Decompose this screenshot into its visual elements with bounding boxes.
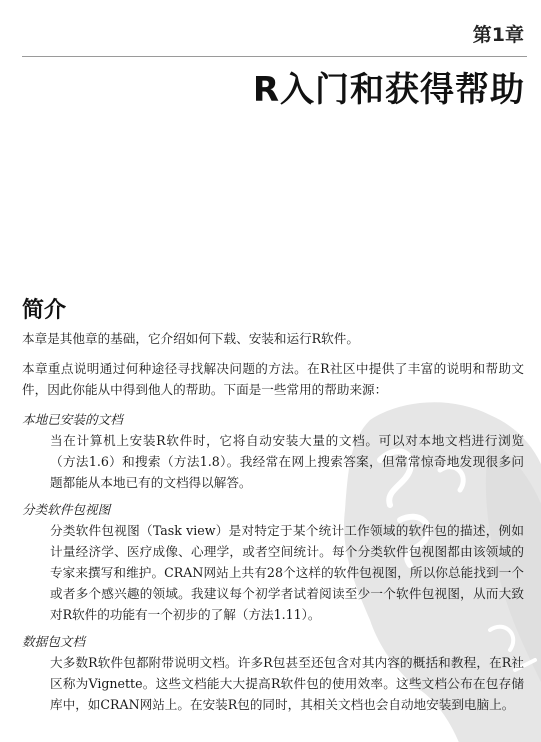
- resource-term: 本地已安装的文档: [22, 409, 524, 430]
- chapter-title: R入门和获得帮助: [253, 62, 525, 111]
- section-heading: 简介: [22, 293, 66, 324]
- header-divider: [22, 56, 527, 57]
- chapter-number: 第1章: [473, 20, 524, 47]
- intro-paragraph: 本章重点说明通过何种途径寻找解决问题的方法。在R社区中提供了丰富的说明和帮助文件…: [22, 358, 524, 400]
- resource-definition: 分类软件包视图（Task view）是对特定于某个统计工作领域的软件包的描述，例…: [50, 520, 524, 625]
- resource-definition: 大多数R软件包都附带说明文档。许多R包甚至还包含对其内容的概括和教程，在R社区称…: [50, 652, 524, 715]
- resource-term: 分类软件包视图: [22, 499, 524, 520]
- resource-term: 数据包文档: [22, 631, 524, 652]
- resource-definition: 当在计算机上安装R软件时，它将自动安装大量的文档。可以对本地文档进行浏览（方法1…: [50, 430, 524, 493]
- intro-paragraph: 本章是其他章的基础，它介绍如何下载、安装和运行R软件。: [22, 328, 524, 349]
- section-body: 本章是其他章的基础，它介绍如何下载、安装和运行R软件。 本章重点说明通过何种途径…: [22, 328, 524, 721]
